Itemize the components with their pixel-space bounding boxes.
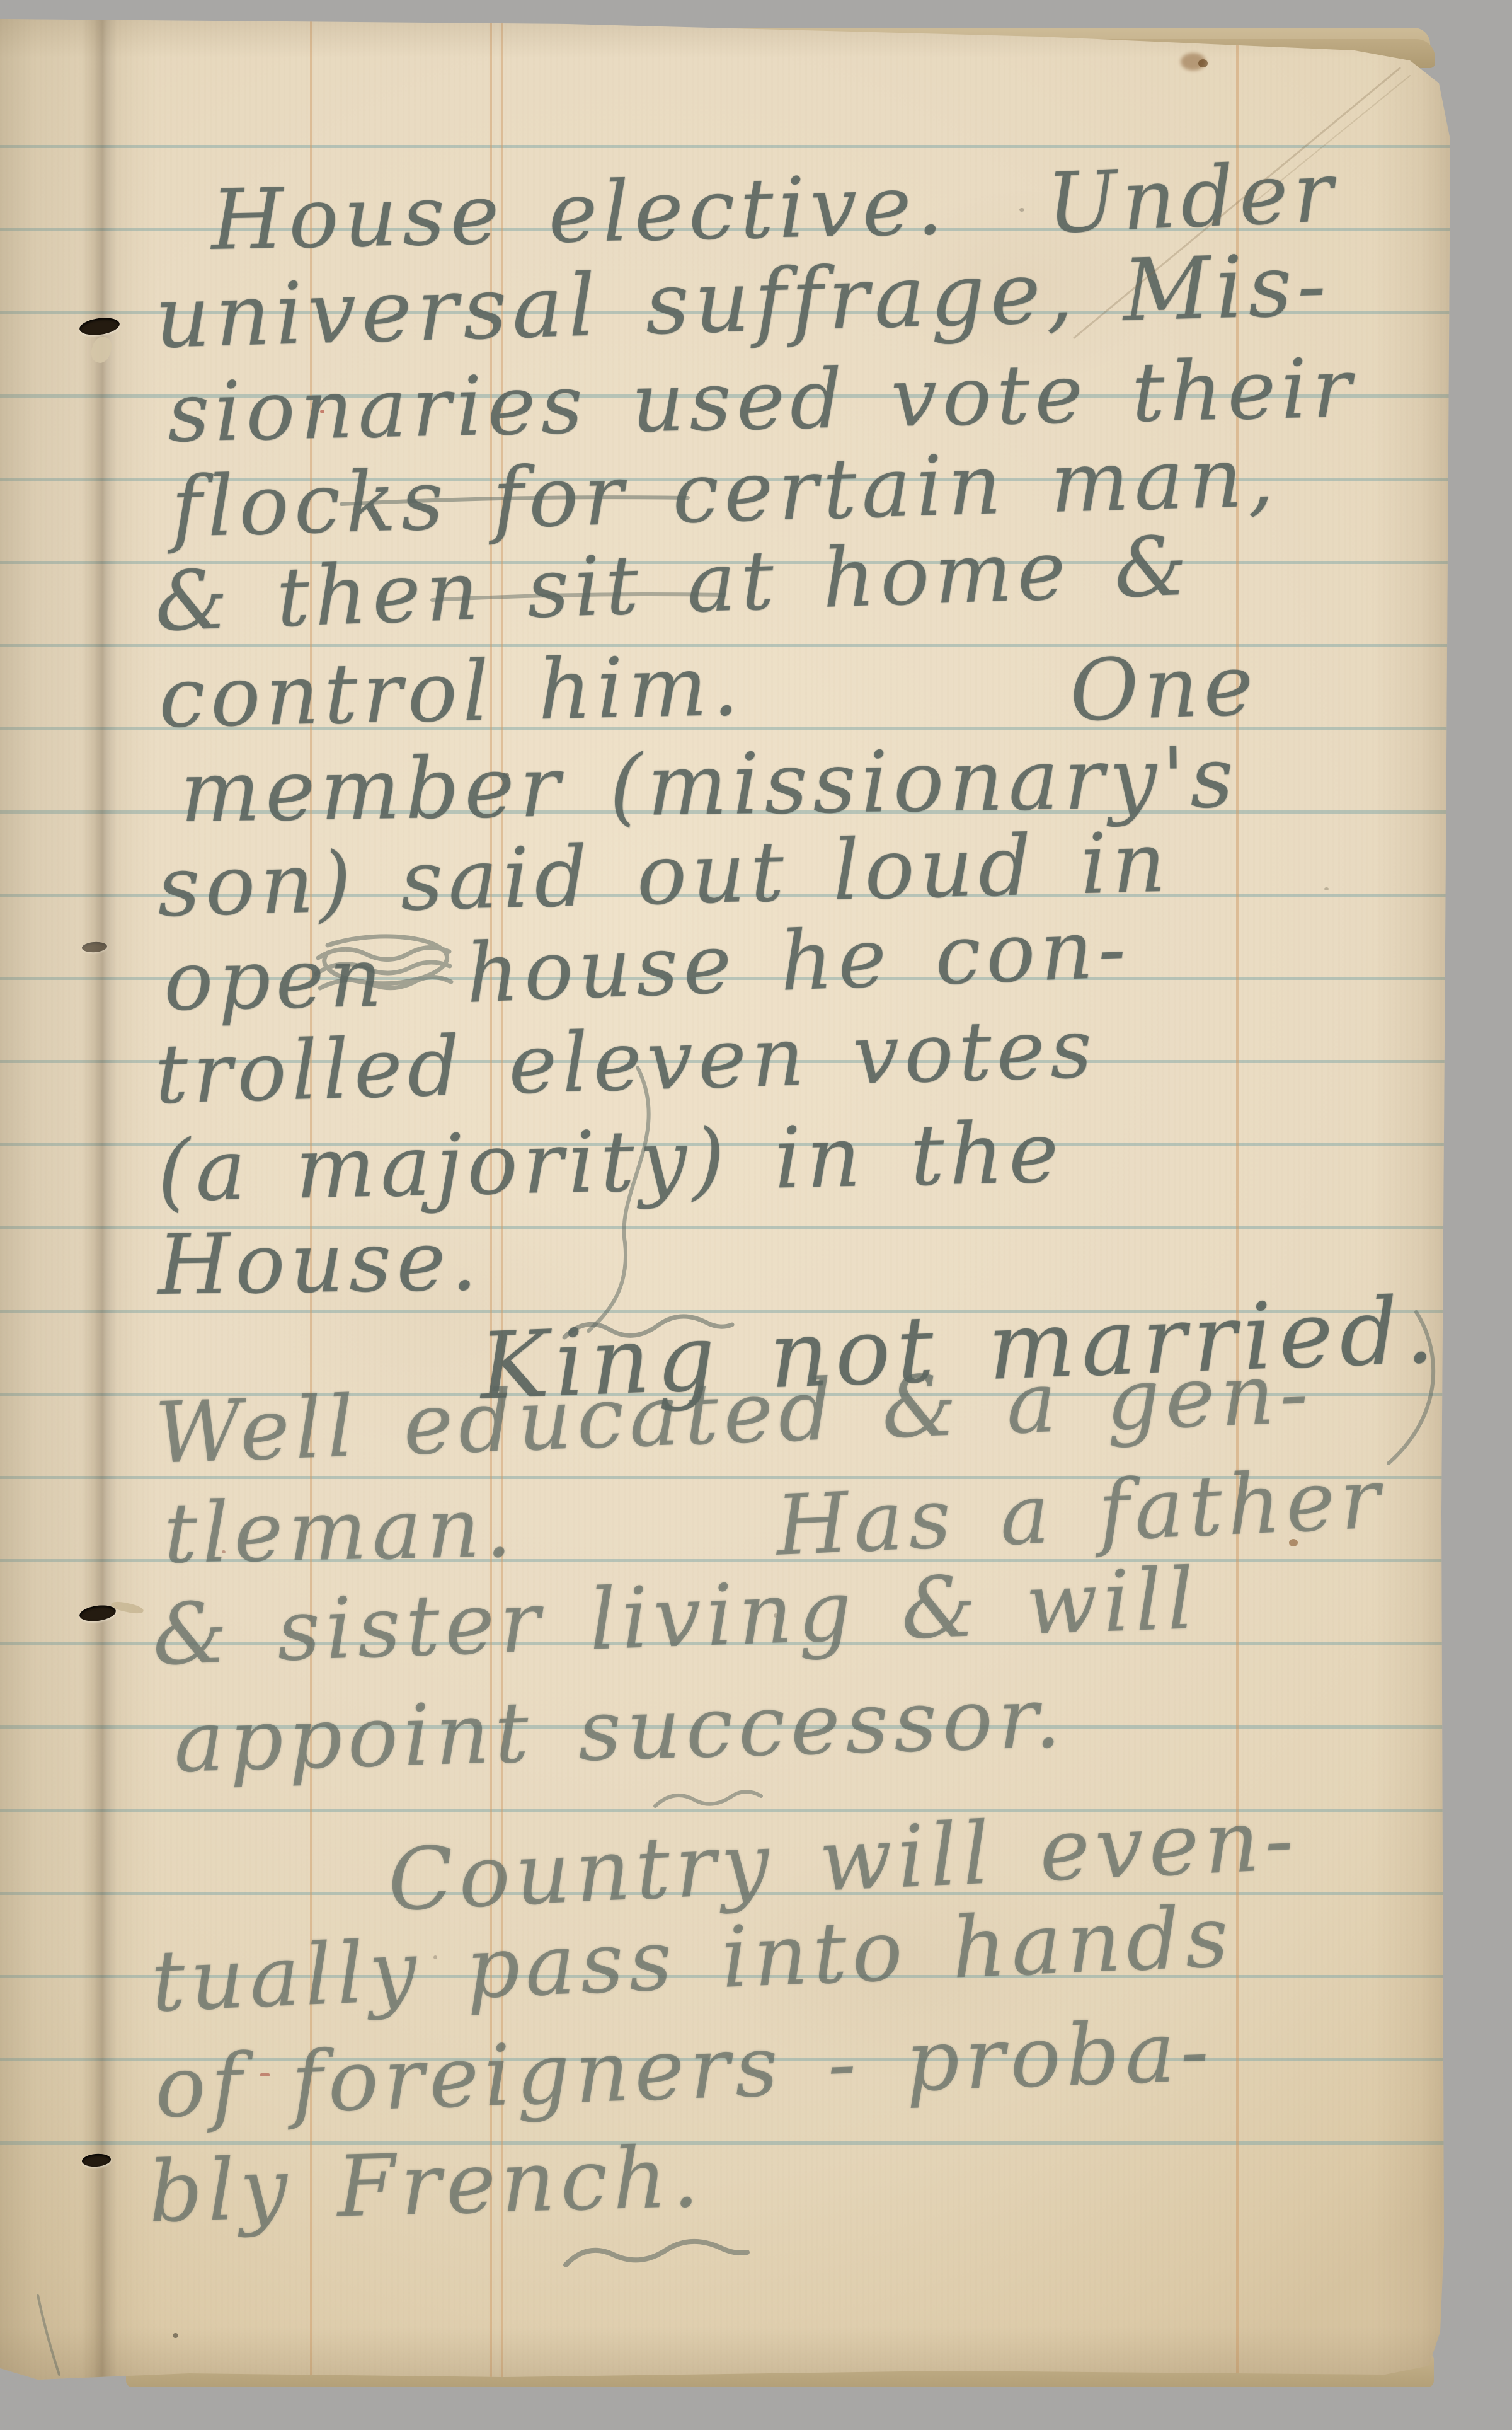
scanned-notebook-page: House elective. Under universal suffrage… [0,0,1512,2430]
speck [774,1613,778,1618]
margin-line [1236,19,1239,2380]
speck [503,773,509,778]
speck [1324,887,1329,890]
speck [222,1550,226,1553]
speck [173,2333,178,2338]
margin-line [490,19,492,2380]
speck [260,2073,270,2076]
speck [1019,208,1024,212]
margin-line [310,19,312,2380]
speck [433,1955,437,1959]
stain [1289,1539,1298,1546]
speck [320,410,324,413]
margin-line [501,19,503,2380]
notebook-page [0,0,1455,2395]
stain [1198,59,1208,67]
binding-gutter-shadow [0,0,157,2395]
right-edge-shadow [1373,0,1455,2395]
